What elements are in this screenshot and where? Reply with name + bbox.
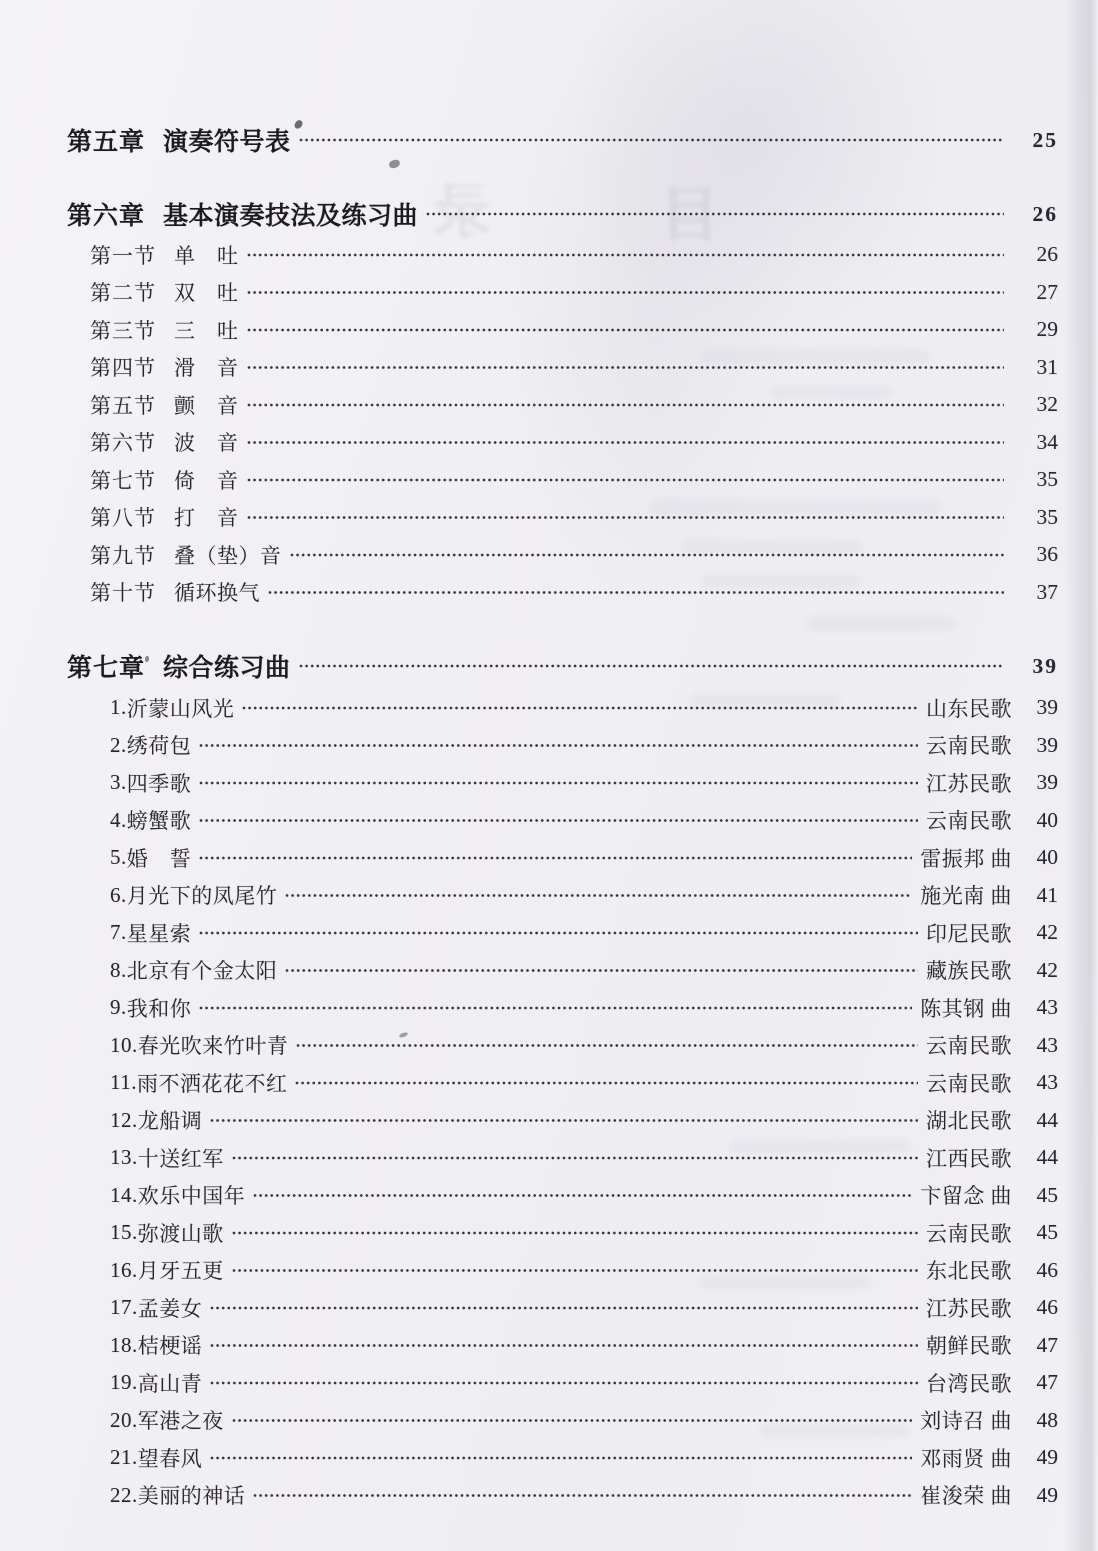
dotted-leader — [232, 1402, 913, 1440]
entry-title: 十送红军 — [138, 1143, 224, 1173]
entry-source: 云南民歌 — [926, 1218, 1012, 1248]
dotted-leader — [247, 236, 1005, 274]
entry-source: 东北民歌 — [926, 1255, 1012, 1285]
entry-number: 14. — [110, 1183, 138, 1208]
entry-number: 2. — [110, 733, 127, 758]
dotted-leader — [299, 647, 1004, 685]
toc-entry-section: 第六节波 音34 — [67, 424, 1058, 462]
entry-page-number: 44 — [1022, 1108, 1058, 1133]
entry-source: 江苏民歌 — [926, 768, 1012, 798]
toc-entry-song: 4.螃蟹歌云南民歌40 — [67, 802, 1058, 840]
entry-page-number: 26 — [1022, 202, 1058, 227]
toc-entry-song: 9.我和你陈其钢 曲43 — [67, 989, 1058, 1027]
entry-page-number: 26 — [1022, 242, 1058, 267]
entry-source: 云南民歌 — [926, 1068, 1012, 1098]
entry-title: 基本演奏技法及练习曲 — [163, 196, 418, 232]
entry-title: 星星索 — [127, 918, 192, 948]
entry-title: 单 吐 — [174, 240, 239, 270]
entry-title: 我和你 — [127, 993, 192, 1023]
dotted-leader — [199, 764, 918, 802]
entry-title: 北京有个金太阳 — [127, 955, 278, 985]
dotted-leader — [247, 274, 1005, 312]
dotted-leader — [232, 1214, 918, 1252]
entry-page-number: 47 — [1022, 1370, 1058, 1395]
entry-source: 山东民歌 — [926, 693, 1012, 723]
entry-title: 月牙五更 — [138, 1255, 224, 1285]
entry-source: 卞留念 曲 — [920, 1180, 1012, 1210]
toc-entry-song: 19.高山青台湾民歌47 — [67, 1364, 1058, 1402]
toc-entry-song: 22.美丽的神话崔浚荣 曲49 — [67, 1477, 1058, 1515]
entry-title: 弥渡山歌 — [138, 1218, 224, 1248]
entry-page-number: 37 — [1022, 580, 1058, 605]
entry-page-number: 39 — [1022, 695, 1058, 720]
toc-entry-song: 12.龙船调湖北民歌44 — [67, 1102, 1058, 1140]
entry-page-number: 39 — [1022, 733, 1058, 758]
entry-number: 12. — [110, 1108, 138, 1133]
dotted-leader — [253, 1177, 912, 1215]
toc-entry-song: 5.婚 誓雷振邦 曲40 — [67, 839, 1058, 877]
entry-source: 邓雨贤 曲 — [920, 1443, 1012, 1473]
entry-page-number: 46 — [1022, 1295, 1058, 1320]
entry-page-number: 49 — [1022, 1445, 1058, 1470]
entry-title: 三 吐 — [174, 315, 239, 345]
entry-title: 螃蟹歌 — [127, 805, 192, 835]
dotted-leader — [247, 461, 1005, 499]
entry-title: 颤 音 — [174, 390, 239, 420]
entry-source: 江西民歌 — [926, 1143, 1012, 1173]
entry-number: 1. — [110, 695, 127, 720]
dotted-leader — [247, 311, 1005, 349]
dotted-leader — [247, 499, 1005, 537]
entry-number: 4. — [110, 808, 127, 833]
entry-page-number: 29 — [1022, 317, 1058, 342]
entry-page-number: 43 — [1022, 1070, 1058, 1095]
entry-page-number: 47 — [1022, 1333, 1058, 1358]
entry-title: 春光吹来竹叶青 — [138, 1030, 289, 1060]
dotted-leader — [210, 1327, 918, 1365]
entry-title: 孟姜女 — [138, 1293, 203, 1323]
toc-entry-section: 第四节滑 音31 — [67, 349, 1058, 387]
entry-page-number: 48 — [1022, 1408, 1058, 1433]
toc-entry-song: 14.欢乐中国年卞留念 曲45 — [67, 1177, 1058, 1215]
dotted-leader — [210, 1364, 918, 1402]
entry-page-number: 36 — [1022, 542, 1058, 567]
entry-label: 第六章 — [67, 196, 145, 232]
toc-entry-song: 18.桔梗谣朝鲜民歌47 — [67, 1327, 1058, 1365]
dotted-leader — [232, 1139, 918, 1177]
entry-number: 10. — [110, 1033, 138, 1058]
entry-source: 朝鲜民歌 — [926, 1330, 1012, 1360]
toc-entry-song: 7.星星索印尼民歌42 — [67, 914, 1058, 952]
entry-page-number: 25 — [1022, 128, 1058, 153]
entry-page-number: 43 — [1022, 995, 1058, 1020]
entry-page-number: 42 — [1022, 920, 1058, 945]
entry-page-number: 27 — [1022, 280, 1058, 305]
entry-number: 17. — [110, 1295, 138, 1320]
entry-title: 综合练习曲 — [163, 648, 291, 684]
entry-page-number: 31 — [1022, 355, 1058, 380]
toc-entry-chapter: 第七章综合练习曲39 — [67, 647, 1058, 685]
entry-title: 龙船调 — [138, 1105, 203, 1135]
dotted-leader — [268, 574, 1004, 612]
entry-number: 20. — [110, 1408, 138, 1433]
entry-label: 第四节 — [90, 352, 156, 382]
entry-label: 第三节 — [90, 315, 156, 345]
entry-title: 双 吐 — [174, 277, 239, 307]
dotted-leader — [295, 1064, 918, 1102]
dotted-leader — [247, 424, 1005, 462]
entry-title: 绣荷包 — [127, 730, 192, 760]
dotted-leader — [285, 877, 912, 915]
dotted-leader — [232, 1252, 918, 1290]
entry-source: 云南民歌 — [926, 1030, 1012, 1060]
toc-entry-song: 20.军港之夜刘诗召 曲48 — [67, 1402, 1058, 1440]
entry-page-number: 32 — [1022, 392, 1058, 417]
toc-entry-chapter: 第六章基本演奏技法及练习曲26 — [67, 195, 1058, 233]
toc-entry-song: 2.绣荷包云南民歌39 — [67, 727, 1058, 765]
toc-entry-song: 1.沂蒙山风光山东民歌39 — [67, 689, 1058, 727]
entry-title: 滑 音 — [174, 352, 239, 382]
entry-source: 施光南 曲 — [920, 880, 1012, 910]
dotted-leader — [296, 1027, 918, 1065]
dotted-leader — [210, 1102, 918, 1140]
entry-title: 打 音 — [174, 502, 239, 532]
dotted-leader — [199, 839, 912, 877]
toc-entry-song: 6.月光下的凤尾竹施光南 曲41 — [67, 877, 1058, 915]
entry-title: 望春风 — [138, 1443, 203, 1473]
entry-page-number: 35 — [1022, 467, 1058, 492]
entry-title: 叠（垫）音 — [174, 540, 282, 570]
entry-number: 22. — [110, 1483, 138, 1508]
entry-number: 16. — [110, 1258, 138, 1283]
toc-entry-section: 第八节打 音35 — [67, 499, 1058, 537]
toc-entry-song: 16.月牙五更东北民歌46 — [67, 1252, 1058, 1290]
dotted-leader — [210, 1289, 918, 1327]
dotted-leader — [247, 386, 1005, 424]
dotted-leader — [199, 914, 918, 952]
entry-source: 印尼民歌 — [926, 918, 1012, 948]
toc-entry-section: 第三节三 吐29 — [67, 311, 1058, 349]
toc-entry-section: 第九节叠（垫）音36 — [67, 536, 1058, 574]
entry-number: 8. — [110, 958, 127, 983]
entry-title: 高山青 — [138, 1368, 203, 1398]
entry-page-number: 44 — [1022, 1145, 1058, 1170]
entry-label: 第二节 — [90, 277, 156, 307]
entry-page-number: 49 — [1022, 1483, 1058, 1508]
toc-entry-section: 第二节双 吐27 — [67, 274, 1058, 312]
toc-entry-chapter: 第五章演奏符号表25 — [67, 121, 1058, 159]
entry-page-number: 40 — [1022, 808, 1058, 833]
entry-title: 桔梗谣 — [138, 1330, 203, 1360]
entry-source: 云南民歌 — [926, 730, 1012, 760]
dotted-leader — [299, 121, 1004, 159]
entry-number: 21. — [110, 1445, 138, 1470]
dotted-leader — [426, 195, 1004, 233]
entry-number: 13. — [110, 1145, 138, 1170]
entry-page-number: 34 — [1022, 430, 1058, 455]
dotted-leader — [242, 689, 918, 727]
entry-page-number: 39 — [1022, 654, 1058, 679]
entry-number: 6. — [110, 883, 127, 908]
entry-title: 月光下的凤尾竹 — [127, 880, 278, 910]
entry-number: 3. — [110, 770, 127, 795]
entry-title: 波 音 — [174, 427, 239, 457]
entry-page-number: 40 — [1022, 845, 1058, 870]
entry-title: 倚 音 — [174, 465, 239, 495]
entry-label: 第五节 — [90, 390, 156, 420]
entry-title: 演奏符号表 — [163, 122, 291, 158]
entry-page-number: 39 — [1022, 770, 1058, 795]
entry-title: 沂蒙山风光 — [127, 693, 235, 723]
toc-entry-song: 15.弥渡山歌云南民歌45 — [67, 1214, 1058, 1252]
dotted-leader — [285, 952, 918, 990]
toc-entry-section: 第五节颤 音32 — [67, 386, 1058, 424]
entry-page-number: 46 — [1022, 1258, 1058, 1283]
entry-title: 婚 誓 — [127, 843, 192, 873]
entry-label: 第九节 — [90, 540, 156, 570]
toc-entry-section: 第十节循环换气37 — [67, 574, 1058, 612]
entry-label: 第六节 — [90, 427, 156, 457]
entry-source: 陈其钢 曲 — [920, 993, 1012, 1023]
entry-source: 云南民歌 — [926, 805, 1012, 835]
entry-label: 第五章 — [67, 122, 145, 158]
toc-entry-section: 第七节倚 音35 — [67, 461, 1058, 499]
toc-entry-song: 10.春光吹来竹叶青云南民歌43 — [67, 1027, 1058, 1065]
dotted-leader — [199, 989, 912, 1027]
entry-number: 7. — [110, 920, 127, 945]
entry-label: 第七节 — [90, 465, 156, 495]
entry-source: 台湾民歌 — [926, 1368, 1012, 1398]
entry-number: 18. — [110, 1333, 138, 1358]
entry-source: 湖北民歌 — [926, 1105, 1012, 1135]
dotted-leader — [253, 1477, 912, 1515]
entry-page-number: 41 — [1022, 883, 1058, 908]
toc-list: 第五章演奏符号表25第六章基本演奏技法及练习曲26第一节单 吐26第二节双 吐2… — [0, 0, 1098, 1514]
entry-page-number: 45 — [1022, 1220, 1058, 1245]
toc-entry-song: 17.孟姜女江苏民歌46 — [67, 1289, 1058, 1327]
dotted-leader — [247, 349, 1005, 387]
entry-number: 9. — [110, 995, 127, 1020]
toc-entry-section: 第一节单 吐26 — [67, 236, 1058, 274]
entry-title: 欢乐中国年 — [138, 1180, 246, 1210]
dotted-leader — [210, 1439, 912, 1477]
entry-page-number: 42 — [1022, 958, 1058, 983]
toc-entry-song: 8.北京有个金太阳藏族民歌42 — [67, 952, 1058, 990]
entry-source: 刘诗召 曲 — [920, 1405, 1012, 1435]
entry-source: 崔浚荣 曲 — [920, 1480, 1012, 1510]
entry-page-number: 45 — [1022, 1183, 1058, 1208]
toc-entry-song: 21.望春风邓雨贤 曲49 — [67, 1439, 1058, 1477]
dotted-leader — [199, 802, 918, 840]
entry-label: 第十节 — [90, 577, 156, 607]
entry-title: 雨不洒花花不红 — [137, 1068, 288, 1098]
dotted-leader — [199, 727, 918, 765]
entry-source: 雷振邦 曲 — [920, 843, 1012, 873]
entry-number: 11. — [110, 1070, 137, 1095]
entry-title: 循环换气 — [174, 577, 260, 607]
entry-label: 第七章 — [67, 648, 145, 684]
entry-title: 四季歌 — [127, 768, 192, 798]
entry-label: 第一节 — [90, 240, 156, 270]
toc-entry-song: 3.四季歌江苏民歌39 — [67, 764, 1058, 802]
toc-entry-song: 13.十送红军江西民歌44 — [67, 1139, 1058, 1177]
entry-page-number: 35 — [1022, 505, 1058, 530]
dotted-leader — [290, 536, 1005, 574]
entry-page-number: 43 — [1022, 1033, 1058, 1058]
entry-number: 19. — [110, 1370, 138, 1395]
scanned-toc-page: 录 目 第五章演奏符号表25第六章基本演奏技法及练习曲26第一节单 吐26第二节… — [0, 0, 1098, 1551]
entry-title: 美丽的神话 — [138, 1480, 246, 1510]
entry-number: 5. — [110, 845, 127, 870]
entry-number: 15. — [110, 1220, 138, 1245]
toc-entry-song: 11.雨不洒花花不红云南民歌43 — [67, 1064, 1058, 1102]
entry-source: 江苏民歌 — [926, 1293, 1012, 1323]
entry-source: 藏族民歌 — [926, 955, 1012, 985]
entry-title: 军港之夜 — [138, 1405, 224, 1435]
entry-label: 第八节 — [90, 502, 156, 532]
